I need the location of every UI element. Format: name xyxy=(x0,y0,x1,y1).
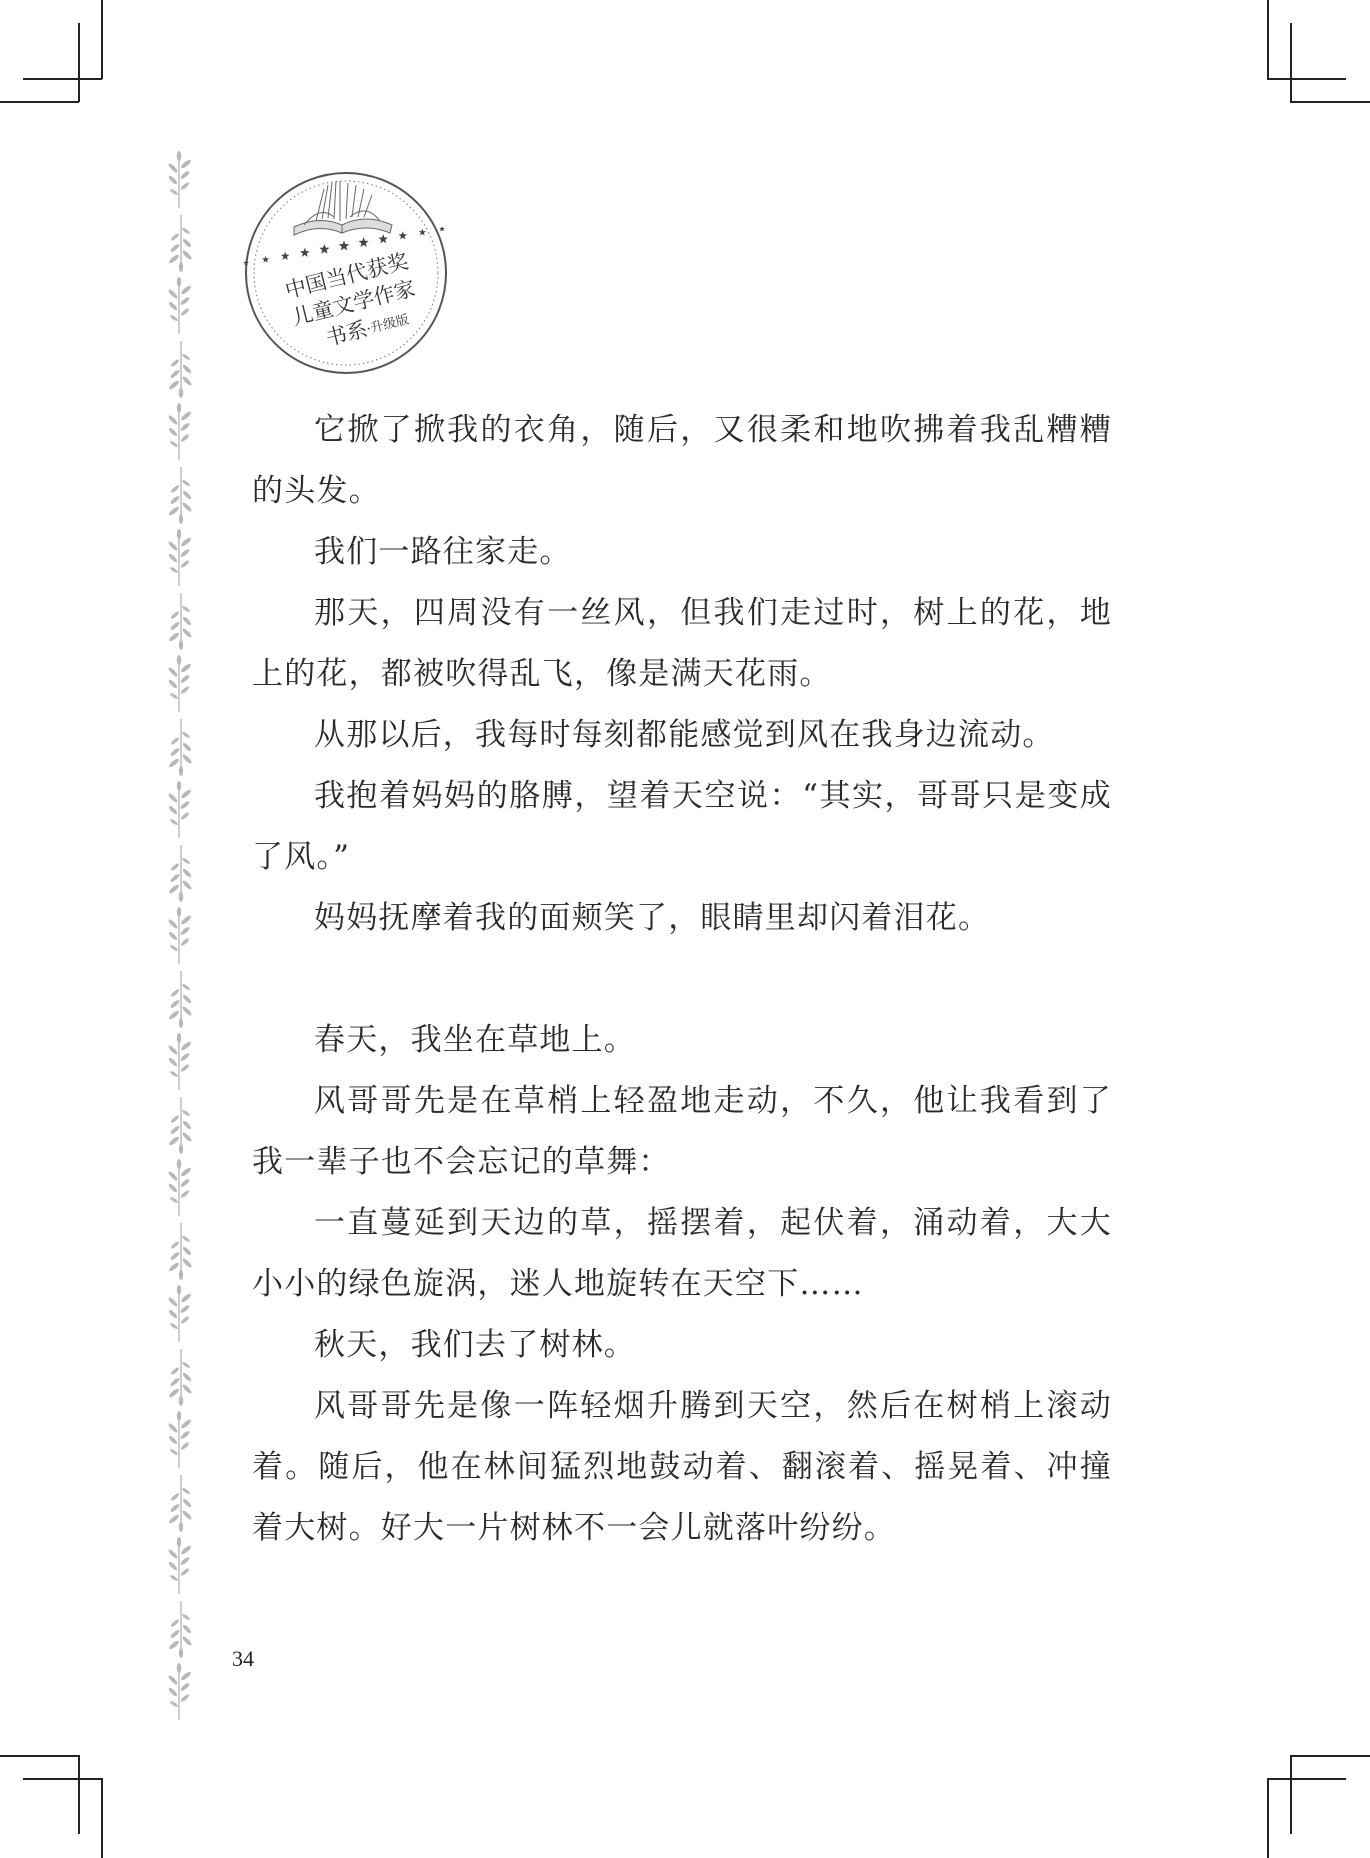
leaf-sprig-icon xyxy=(160,339,200,399)
leaf-sprig-icon xyxy=(160,1473,200,1533)
leaf-sprig-icon xyxy=(160,1410,200,1470)
crop-mark-br-v2 xyxy=(1267,1778,1269,1858)
crop-mark-br-h1 xyxy=(1290,1755,1370,1757)
crop-mark-bl-h1 xyxy=(0,1755,79,1757)
crop-mark-tr-v1 xyxy=(1267,0,1269,79)
leaf-sprig-icon xyxy=(160,906,200,966)
paragraph: 春天，我坐在草地上。 xyxy=(252,1010,1112,1071)
leaf-sprig-icon xyxy=(160,654,200,714)
paragraph: 从那以后，我每时每刻都能感觉到风在我身边流动。 xyxy=(252,705,1112,766)
badge-edition-label: ·升级版 xyxy=(365,311,411,337)
crop-mark-bl-v1 xyxy=(78,1755,80,1834)
paragraph: 风哥哥先是在草梢上轻盈地走动，不久，他让我看到了我一辈子也不会忘记的草舞： xyxy=(252,1071,1112,1193)
crop-mark-tl-h1 xyxy=(0,101,79,103)
leaf-sprig-icon xyxy=(160,591,200,651)
leaf-sprig-icon xyxy=(160,1536,200,1596)
paragraph: 那天，四周没有一丝风，但我们走过时，树上的花，地上的花，都被吹得乱飞，像是满天花… xyxy=(252,583,1112,705)
section-break xyxy=(252,949,1112,1010)
leaf-sprig-icon xyxy=(160,150,200,210)
crop-mark-tr-v2 xyxy=(1290,23,1292,102)
leaf-sprig-icon xyxy=(160,1032,200,1092)
leaf-sprig-icon xyxy=(160,1599,200,1659)
leaf-sprig-icon xyxy=(160,1347,200,1407)
leaf-sprig-icon xyxy=(160,1221,200,1281)
leaf-sprig-icon xyxy=(160,717,200,777)
crop-mark-tr-h1 xyxy=(1267,78,1346,80)
leaf-sprig-icon xyxy=(160,1158,200,1218)
leaf-sprig-icon xyxy=(160,1095,200,1155)
leaf-sprig-icon xyxy=(160,213,200,273)
crop-mark-tl-v1 xyxy=(78,23,80,102)
leaf-sprig-icon xyxy=(160,276,200,336)
page-body: 它掀了掀我的衣角，随后，又很柔和地吹拂着我乱糟糟的头发。 我们一路往家走。 那天… xyxy=(252,400,1112,1559)
badge-title-line3: 书系 xyxy=(323,317,370,350)
badge-stamp-icon: 中国当代获奖 儿童文学作家 书系 ·升级版 xyxy=(224,155,464,380)
leaf-sprig-icon xyxy=(160,1284,200,1344)
leaf-sprig-icon xyxy=(160,843,200,903)
leaf-sprig-icon xyxy=(160,780,200,840)
paragraph: 秋天，我们去了树林。 xyxy=(252,1315,1112,1376)
leaf-sprig-icon xyxy=(160,1662,200,1722)
leaf-sprig-icon xyxy=(160,402,200,462)
crop-mark-tl-v2 xyxy=(101,0,103,79)
leaf-sprig-icon xyxy=(160,528,200,588)
paragraph: 风哥哥先是像一阵轻烟升腾到天空，然后在树梢上滚动着。随后，他在林间猛烈地鼓动着、… xyxy=(252,1376,1112,1559)
page-number: 34 xyxy=(232,1646,254,1672)
crop-mark-br-h2 xyxy=(1267,1778,1346,1780)
crop-mark-bl-h2 xyxy=(23,1778,102,1780)
crop-mark-tl-h2 xyxy=(23,78,102,80)
crop-mark-tr-h2 xyxy=(1290,101,1370,103)
crop-mark-bl-v2 xyxy=(101,1778,103,1858)
paragraph: 妈妈抚摩着我的面颊笑了，眼睛里却闪着泪花。 xyxy=(252,888,1112,949)
crop-mark-br-v1 xyxy=(1290,1755,1292,1834)
open-book-icon xyxy=(294,181,392,235)
paragraph: 我们一路往家走。 xyxy=(252,522,1112,583)
leaf-vine-decoration xyxy=(160,150,200,1730)
series-badge: 中国当代获奖 儿童文学作家 书系 ·升级版 xyxy=(224,155,464,380)
leaf-sprig-icon xyxy=(160,465,200,525)
paragraph: 一直蔓延到天边的草，摇摆着，起伏着，涌动着，大大小小的绿色旋涡，迷人地旋转在天空… xyxy=(252,1193,1112,1315)
paragraph: 我抱着妈妈的胳膊，望着天空说：“其实，哥哥只是变成了风。” xyxy=(252,766,1112,888)
paragraph: 它掀了掀我的衣角，随后，又很柔和地吹拂着我乱糟糟的头发。 xyxy=(252,400,1112,522)
leaf-sprig-icon xyxy=(160,969,200,1029)
